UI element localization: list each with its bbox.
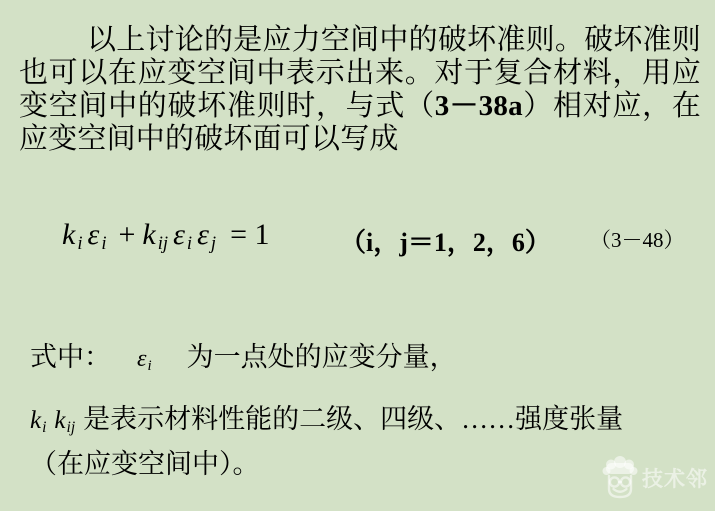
- where-text: 为一点处的应变分量，: [187, 342, 457, 372]
- equation-3-48-line: kiεi+kijεiεj= 1 （i，j＝1，2，6） （3－48）: [0, 216, 715, 268]
- math-var-k: k: [62, 218, 75, 251]
- equation-number: （3－48）: [590, 224, 685, 254]
- watermark: 技术邻: [601, 454, 708, 501]
- math-sub-j: j: [211, 233, 216, 254]
- math-symbol-k-ij: kij: [54, 407, 77, 434]
- slide-canvas: 以上讨论的是应力空间中的破坏准则。破坏准则也可以在应变空间中表示出来。对于复合材…: [0, 0, 715, 511]
- math-sub-i: i: [77, 233, 82, 254]
- tensor-note-text: 是表示材料性能的二级、四级、……强度张量: [83, 404, 623, 434]
- math-var-epsilon: ε: [88, 218, 100, 251]
- math-var-k: k: [142, 218, 155, 251]
- math-var-epsilon: ε: [197, 218, 209, 251]
- math-symbol-epsilon-i: εi: [137, 346, 153, 372]
- equation-lhs: kiεi+kijεiεj= 1: [62, 218, 270, 255]
- math-sub-i: i: [101, 233, 106, 254]
- jishulin-logo-icon: [601, 454, 639, 501]
- math-symbol-k-i: ki: [30, 407, 48, 434]
- math-equals-one: = 1: [230, 218, 269, 251]
- watermark-label: 技术邻: [642, 463, 708, 493]
- math-plus-operator: +: [119, 218, 136, 251]
- intro-paragraph: 以上讨论的是应力空间中的破坏准则。破坏准则也可以在应变空间中表示出来。对于复合材…: [19, 24, 701, 156]
- math-sub-i: i: [187, 233, 192, 254]
- math-var-epsilon: ε: [173, 218, 185, 251]
- where-clause: 式中：εi为一点处的应变分量，: [30, 335, 457, 375]
- where-label: 式中：: [30, 342, 111, 372]
- equation-index-condition: （i，j＝1，2，6）: [340, 222, 551, 259]
- tensor-note-line2: （在应变空间中）。: [30, 449, 260, 479]
- equation-ref-bold: 3－38a: [435, 90, 523, 122]
- math-sub-ij: ij: [158, 233, 168, 254]
